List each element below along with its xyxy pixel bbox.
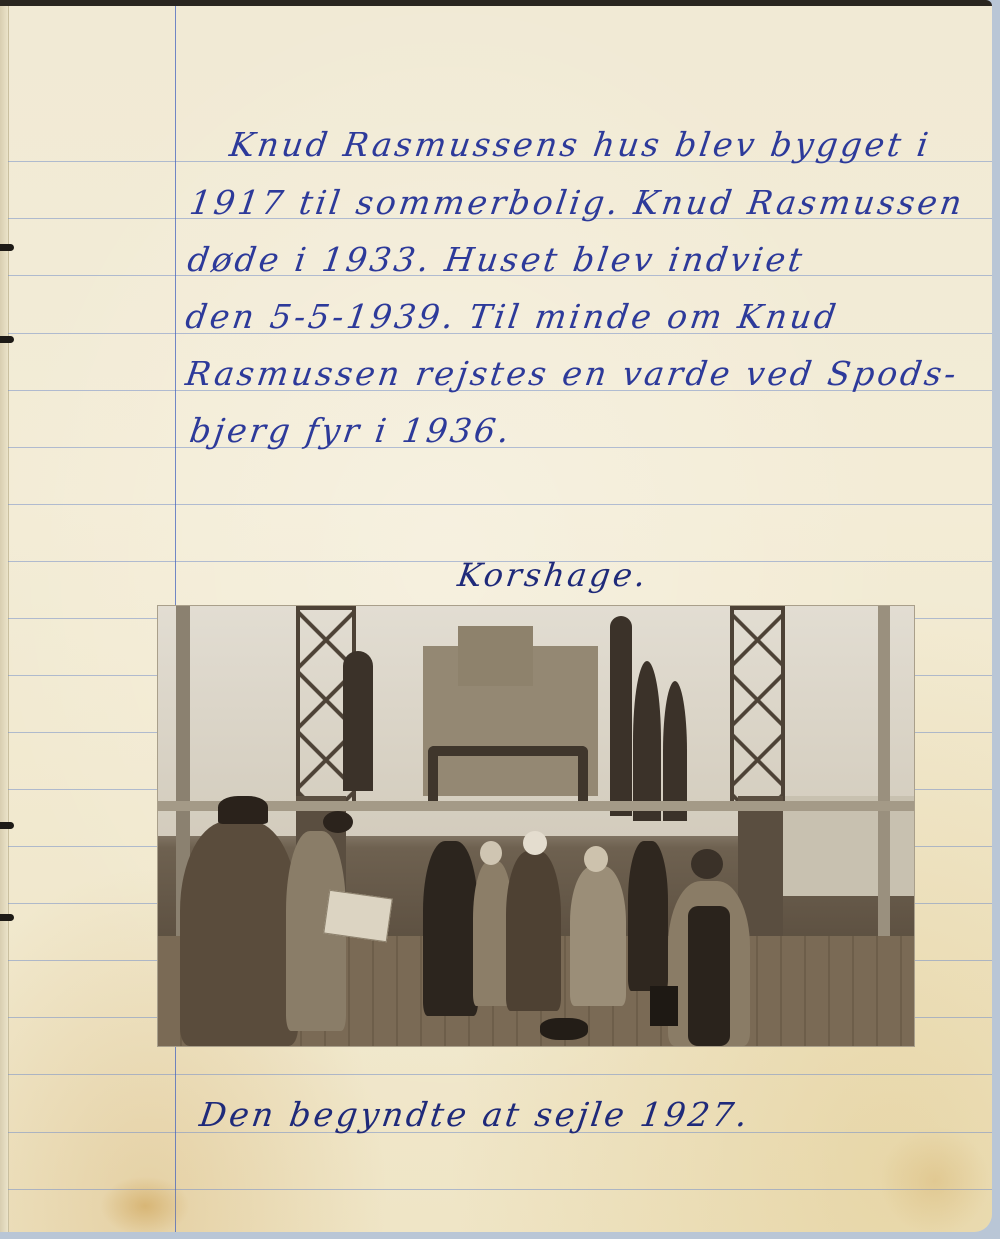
photo-suitcase [650,986,678,1026]
photo-rail [158,801,914,811]
photo-woman-smiling [570,866,626,1006]
water-stain [880,1126,990,1232]
photo-caption: Den begyndte at sejle 1927. [198,1098,753,1131]
ruled-line [8,504,992,505]
binding-hole [0,914,14,921]
photo-smokestack [610,616,632,816]
photo-ventilator [663,681,687,821]
handwritten-line-1: Knud Rasmussens hus blev bygget i [228,128,933,161]
notebook-page: Knud Rasmussens hus blev bygget i 1917 t… [0,0,992,1232]
handwritten-line-3: døde i 1933. Huset blev indviet [186,243,807,276]
photo-crate [323,890,393,942]
handwritten-line-6: bjerg fyr i 1936. [188,414,515,447]
photo-hat [218,796,268,824]
ferry-photograph [158,606,914,1046]
photo-dark-dress [688,906,730,1046]
binding-edge [0,6,9,1232]
photo-wheelhouse [458,626,533,686]
photo-passenger [628,841,668,991]
photo-pole [878,606,890,966]
binding-hole [0,336,14,343]
binding-hole [0,822,14,829]
handwritten-line-4: den 5-5-1939. Til minde om Knud [184,300,841,333]
photo-gantry-right [730,606,785,806]
photo-cap [323,811,353,833]
water-stain [100,1176,190,1232]
photo-sailor [423,841,478,1016]
ruled-line [8,1074,992,1075]
photo-man-overcoat [180,821,298,1046]
photo-face [584,846,608,872]
handwritten-line-5: Rasmussen rejstes en varde ved Spods- [184,357,961,390]
photo-white-cap [523,831,547,855]
photo-man-suit [506,851,561,1011]
heading-korshage: Korshage. [456,559,651,591]
handwritten-line-2: 1917 til sommerbolig. Knud Rasmussen [188,186,967,219]
photo-face [480,841,502,865]
photo-cloche-hat [691,849,723,879]
photo-ventilator [633,661,661,821]
photo-deck-arch [428,746,588,806]
photo-vent-pipe [343,651,373,791]
photo-dog [540,1018,588,1040]
binding-hole [0,244,14,251]
